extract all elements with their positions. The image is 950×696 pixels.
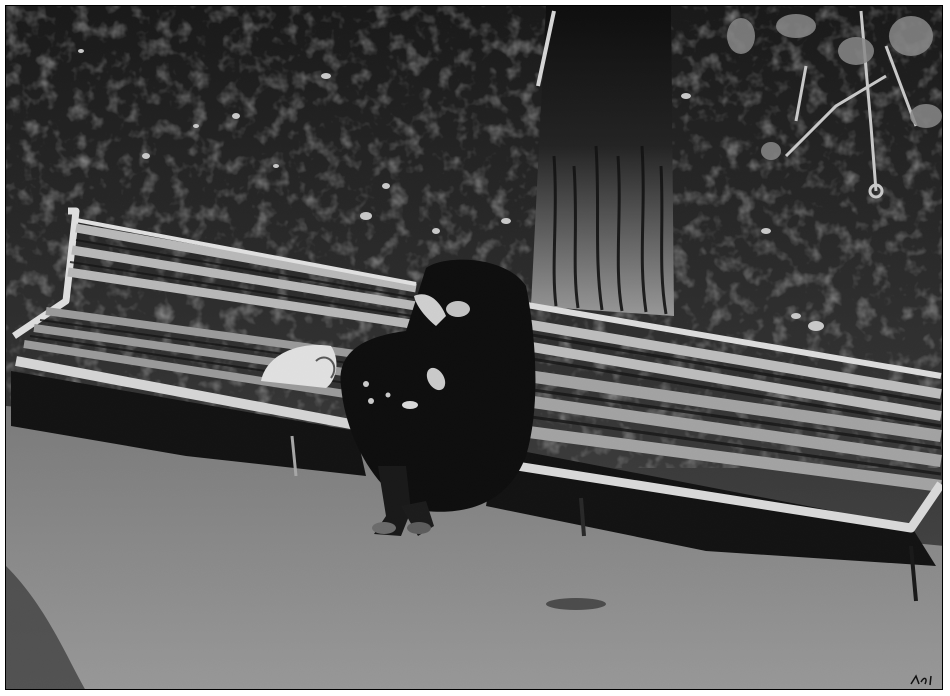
film-grain (6, 6, 943, 690)
photo-scene (6, 6, 943, 690)
photograph: Black-and-white photograph of a person d… (5, 5, 943, 690)
